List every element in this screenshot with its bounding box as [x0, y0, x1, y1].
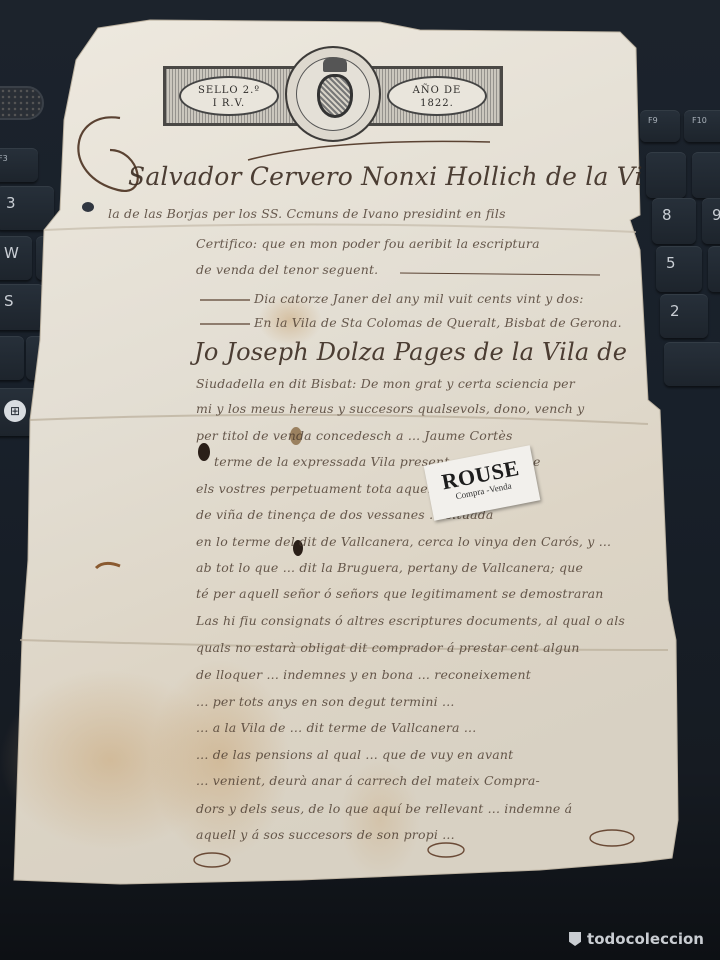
manuscript-line: ... a la Vila de ... dit terme de Vallca…	[196, 720, 476, 735]
manuscript-line: ab tot lo que ... dit la Bruguera, perta…	[196, 560, 583, 575]
royal-coat-of-arms-icon	[285, 46, 381, 142]
manuscript-line: En la Vila de Sta Colomas de Queralt, Bi…	[254, 315, 622, 330]
stamp-year-value: 1822.	[389, 97, 485, 110]
manuscript-line: té per aquell señor ó señors que legitim…	[196, 586, 604, 601]
stamp-year-label: AÑO DE	[389, 84, 485, 97]
manuscript-line: Salvador Cervero Nonxi Hollich de la Vi	[128, 162, 643, 191]
manuscript-line: per titol de venda concedesch a ... Jaum…	[196, 428, 513, 443]
manuscript-line: ... per tots anys en son degut termini .…	[196, 694, 455, 709]
photo-scene: F3 3 W S ⊞ F9 F10 8 9 5 2	[0, 0, 720, 960]
stamp-year: AÑO DE 1822.	[387, 76, 487, 116]
stamp-seal-class-line2: I R.V.	[181, 97, 277, 110]
todocoleccion-logo-icon	[569, 932, 581, 946]
crown-icon	[323, 58, 347, 72]
manuscript-line: quals no estarà obligat dit comprador á …	[196, 640, 580, 655]
manuscript-line: Certifico: que en mon poder fou aeribit …	[196, 236, 540, 251]
manuscript-line: Jo Joseph Dolza Pages de la Vila de	[194, 338, 627, 366]
manuscript-line: ... venient, deurà anar á carrech del ma…	[196, 773, 540, 788]
shield-icon	[317, 74, 353, 118]
manuscript-line: Siudadella en dit Bisbat: De mon grat y …	[196, 376, 575, 391]
manuscript-line: en lo terme del dit de Vallcanera, cerca…	[196, 534, 611, 549]
manuscript-line: mi y los meus hereus y succesors qualsev…	[196, 401, 584, 416]
manuscript-document: SELLO 2.º I R.V. AÑO DE 1822. Salvador C…	[0, 0, 720, 960]
manuscript-line: de venda del tenor seguent.	[196, 262, 378, 277]
manuscript-line: de lloquer ... indemnes y en bona ... re…	[196, 667, 531, 682]
stamp-seal-class: SELLO 2.º I R.V.	[179, 76, 279, 116]
manuscript-line: Dia catorze Janer del any mil vuit cents…	[254, 291, 584, 306]
manuscript-line: ... de las pensions al qual ... que de v…	[196, 747, 513, 762]
fiscal-stamp-header: SELLO 2.º I R.V. AÑO DE 1822.	[163, 62, 503, 130]
watermark: todocoleccion	[569, 930, 704, 948]
paper-sheet-shape	[0, 0, 720, 960]
manuscript-line: dors y dels seus, de lo que aquí be rell…	[196, 801, 572, 816]
watermark-text: todocoleccion	[587, 930, 704, 948]
manuscript-line: Las hi fiu consignats ó altres escriptur…	[196, 613, 625, 628]
manuscript-line: la de las Borjas per los SS. Ccmuns de I…	[108, 206, 506, 221]
stamp-seal-class-line1: SELLO 2.º	[181, 84, 277, 97]
manuscript-line: aquell y á sos succesors de son propi ..…	[196, 827, 455, 842]
